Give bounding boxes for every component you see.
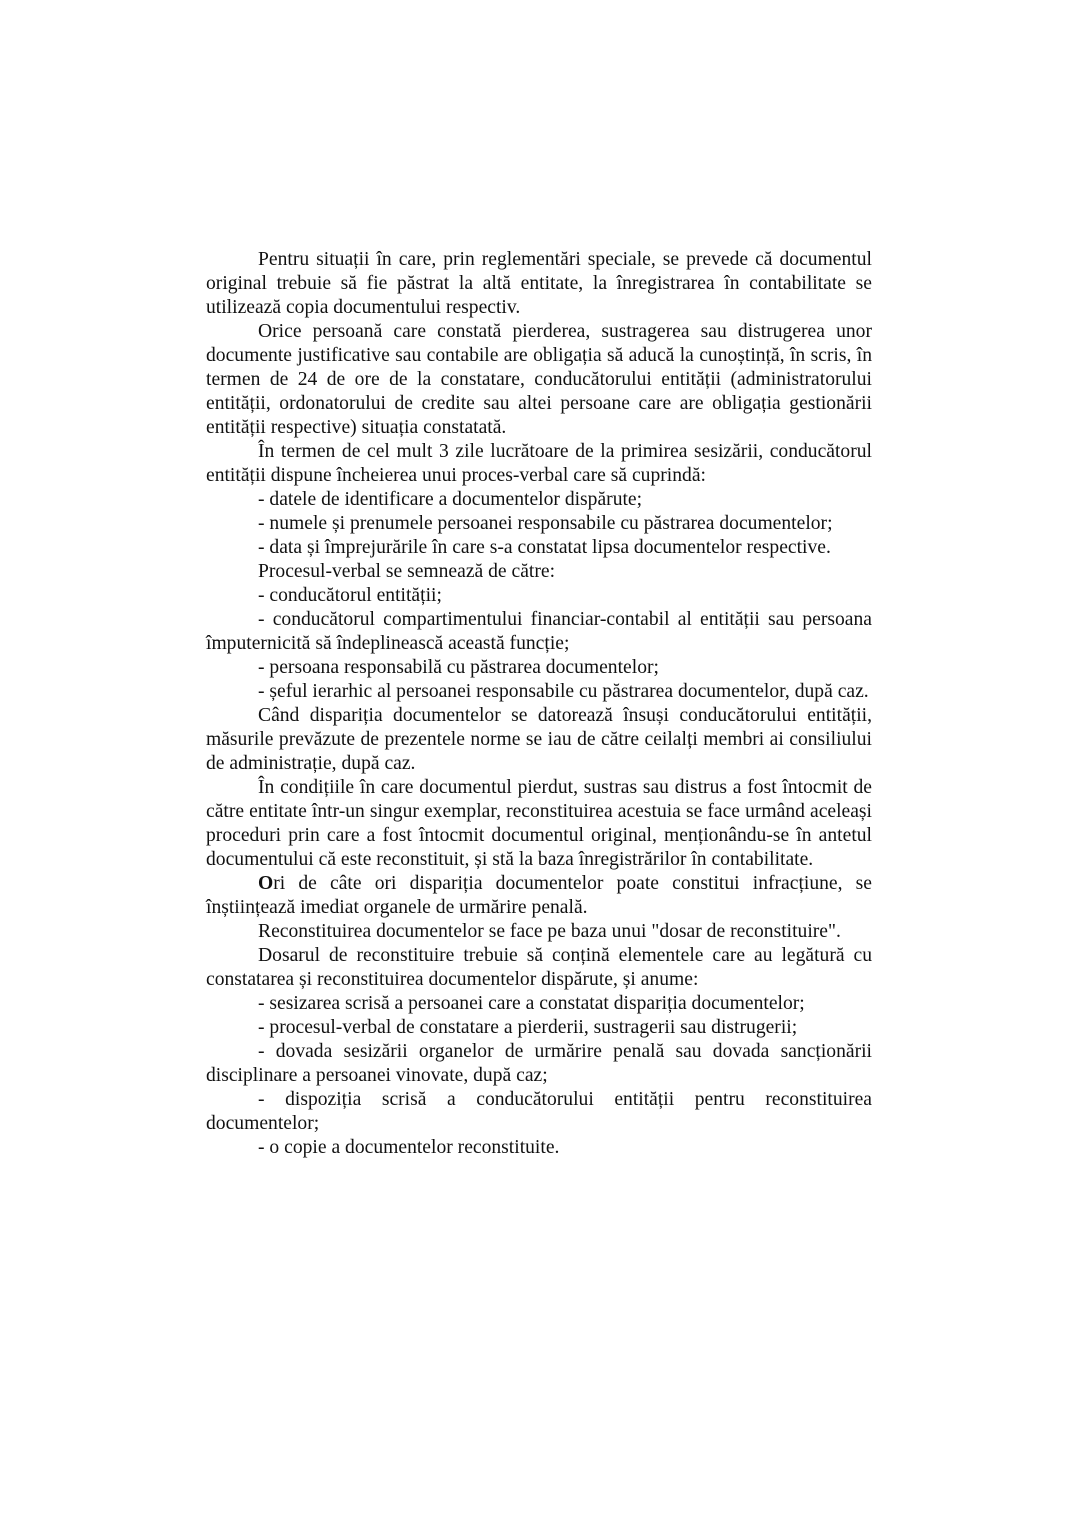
list-item: - persoana responsabilă cu păstrarea doc… (206, 656, 872, 680)
paragraph-manager-disappearance: Când dispariția documentelor se datoreaz… (206, 704, 872, 776)
paragraph-signed-by: Procesul-verbal se semnează de către: (206, 560, 872, 584)
list-item: - dispoziția scrisă a conducătorului ent… (206, 1088, 872, 1136)
paragraph-original-copy: Pentru situații în care, prin reglementă… (206, 248, 872, 320)
list-item: - sesizarea scrisă a persoanei care a co… (206, 992, 872, 1016)
list-item: - numele și prenumele persoanei responsa… (206, 512, 872, 536)
list-item: - șeful ierarhic al persoanei responsabi… (206, 680, 872, 704)
paragraph-3-days: În termen de cel mult 3 zile lucrătoare … (206, 440, 872, 488)
paragraph-file-contents: Dosarul de reconstituire trebuie să conț… (206, 944, 872, 992)
bold-initial: O (258, 873, 273, 894)
paragraph-single-copy: În condițiile în care documentul pierdut… (206, 776, 872, 872)
paragraph-reconstitution-file: Reconstituirea documentelor se face pe b… (206, 920, 872, 944)
list-item: - conducătorul compartimentului financia… (206, 608, 872, 656)
list-item: - conducătorul entității; (206, 584, 872, 608)
list-item: - procesul-verbal de constatare a pierde… (206, 1016, 872, 1040)
list-item: - data și împrejurările în care s-a cons… (206, 536, 872, 560)
paragraph-loss-notification: Orice persoană care constată pierderea, … (206, 320, 872, 440)
paragraph-text: ri de câte ori dispariția documentelor p… (206, 873, 872, 918)
list-item: - datele de identificare a documentelor … (206, 488, 872, 512)
document-page: Pentru situații în care, prin reglementă… (206, 248, 872, 1160)
list-item: - o copie a documentelor reconstituite. (206, 1136, 872, 1160)
paragraph-criminal-offense: Ori de câte ori dispariția documentelor … (206, 872, 872, 920)
list-item: - dovada sesizării organelor de urmărire… (206, 1040, 872, 1088)
